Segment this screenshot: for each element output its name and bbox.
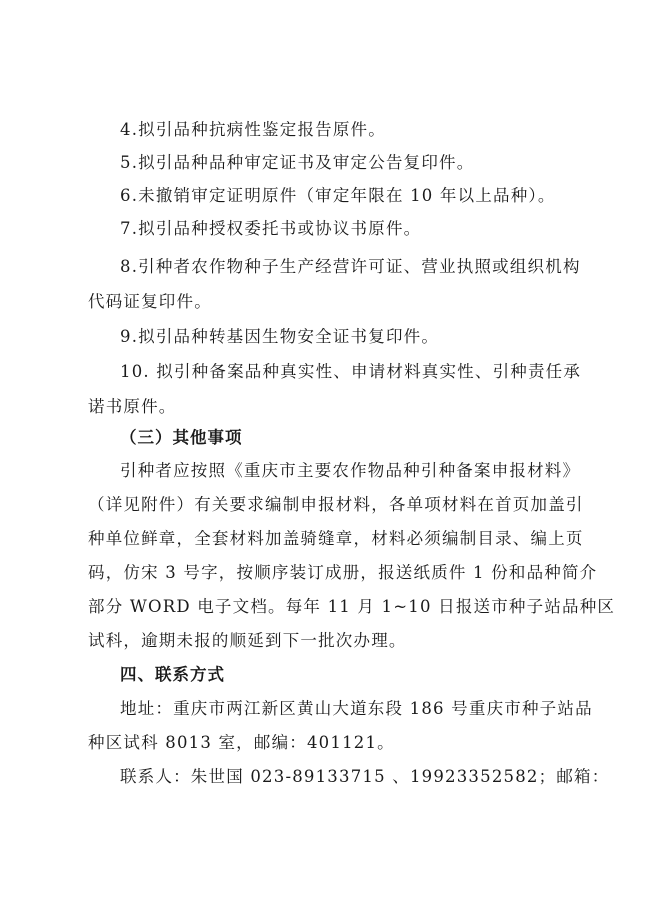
paragraph-line: 诺书原件。: [88, 397, 562, 417]
paragraph-line: 9.拟引品种转基因生物安全证书复印件。: [88, 327, 562, 347]
paragraph-line: 7.拟引品种授权委托书或协议书原件。: [88, 219, 562, 239]
section-heading: （三）其他事项: [88, 428, 562, 448]
paragraph-line: 10. 拟引种备案品种真实性、申请材料真实性、引种责任承: [88, 362, 562, 382]
paragraph-line: 种区试科 8013 室，邮编：401121。: [88, 733, 562, 753]
paragraph-line: 联系人：朱世国 023-89133715 、19923352582；邮箱：: [88, 767, 562, 787]
paragraph-line: 引种者应按照《重庆市主要农作物品种引种备案申报材料》: [88, 461, 562, 481]
paragraph-line: 种单位鲜章，全套材料加盖骑缝章，材料必须编制目录、编上页: [88, 529, 562, 549]
paragraph-line: 8.引种者农作物种子生产经营许可证、营业执照或组织机构: [88, 257, 562, 277]
paragraph-line: 部分 WORD 电子文档。每年 11 月 1~10 日报送市种子站品种区: [88, 597, 562, 617]
paragraph-line: 代码证复印件。: [88, 292, 562, 312]
paragraph-line: 4.拟引品种抗病性鉴定报告原件。: [88, 120, 562, 140]
paragraph-line: 地址：重庆市两江新区黄山大道东段 186 号重庆市种子站品: [88, 699, 562, 719]
paragraph-line: 码，仿宋 3 号字，按顺序装订成册，报送纸质件 1 份和品种简介: [88, 563, 562, 583]
paragraph-line: 6.未撤销审定证明原件（审定年限在 10 年以上品种）。: [88, 186, 562, 206]
paragraph-line: （详见附件）有关要求编制申报材料，各单项材料在首页加盖引: [88, 495, 562, 515]
section-heading: 四、联系方式: [88, 665, 562, 685]
paragraph-line: 试科，逾期未报的顺延到下一批次办理。: [88, 631, 562, 651]
paragraph-line: 5.拟引品种品种审定证书及审定公告复印件。: [88, 153, 562, 173]
